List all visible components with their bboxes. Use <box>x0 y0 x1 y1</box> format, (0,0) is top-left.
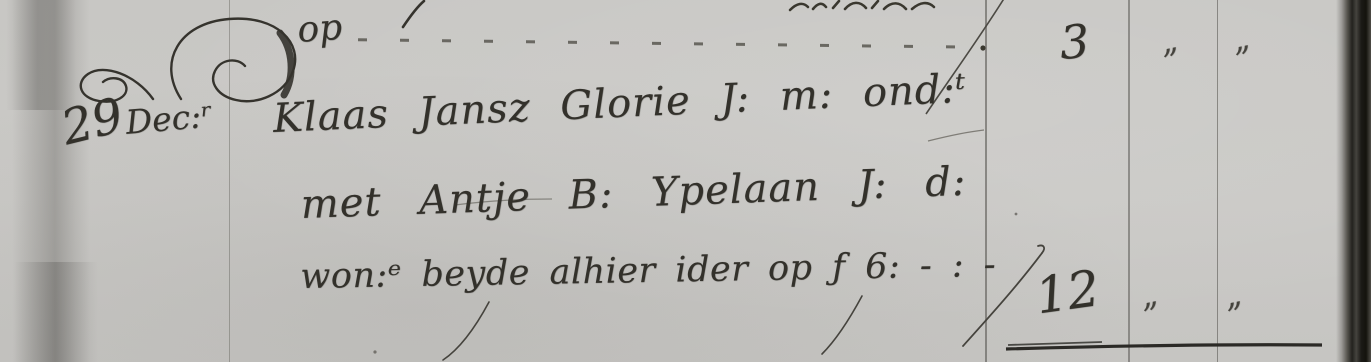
cutoff-handwriting-fragment <box>790 1 934 10</box>
descender-stroke <box>443 302 489 360</box>
sum-total-line-double <box>1008 342 1102 345</box>
amount-column-rule-2 <box>1128 0 1130 362</box>
row2-slash-hook <box>1038 245 1044 253</box>
ink-speckle <box>1015 213 1018 216</box>
ink-speckle <box>373 350 376 353</box>
top-row-ditto-mark-1: „ <box>1156 21 1180 62</box>
top-row-ditto-mark-2: „ <box>1228 19 1252 60</box>
date-column-rule <box>229 0 230 362</box>
sum-total-line <box>1006 345 1322 349</box>
entry-text-line-1: Klaas Jansz Glorie J: m: ond:ᵗ <box>272 66 968 142</box>
entry-ditto-mark-2: „ <box>1220 275 1244 316</box>
page-fold-shadow-top <box>6 0 76 110</box>
entry-amount-guilders: 12 <box>1032 259 1103 325</box>
page-fold-shadow-bottom <box>14 262 98 362</box>
t-crossbar-hairline <box>928 130 984 141</box>
top-row-op-text: op <box>296 7 343 51</box>
florin-descender-stroke <box>822 296 862 354</box>
entry-text-line-3: won:ᵉ beyde alhier ider op ƒ 6: - : - <box>300 245 996 297</box>
dotted-leader-line <box>358 38 982 49</box>
page-right-edge-shadow <box>1336 0 1371 362</box>
entry-text-line-2: met Antje B: Ypelaan J: d: <box>300 159 967 228</box>
register-page: op 3 „ „ 29 Dec:ʳ Klaas Jansz Glorie J: … <box>0 0 1371 362</box>
amount-column-rule-3 <box>1217 0 1218 362</box>
entry-date-month: Dec:ʳ <box>124 95 214 141</box>
amount-column-rule-1 <box>985 0 987 362</box>
top-row-amount-guilders: 3 <box>1058 14 1091 70</box>
entry-ditto-mark-1: „ <box>1136 275 1160 316</box>
tick-slash-top <box>403 1 424 27</box>
